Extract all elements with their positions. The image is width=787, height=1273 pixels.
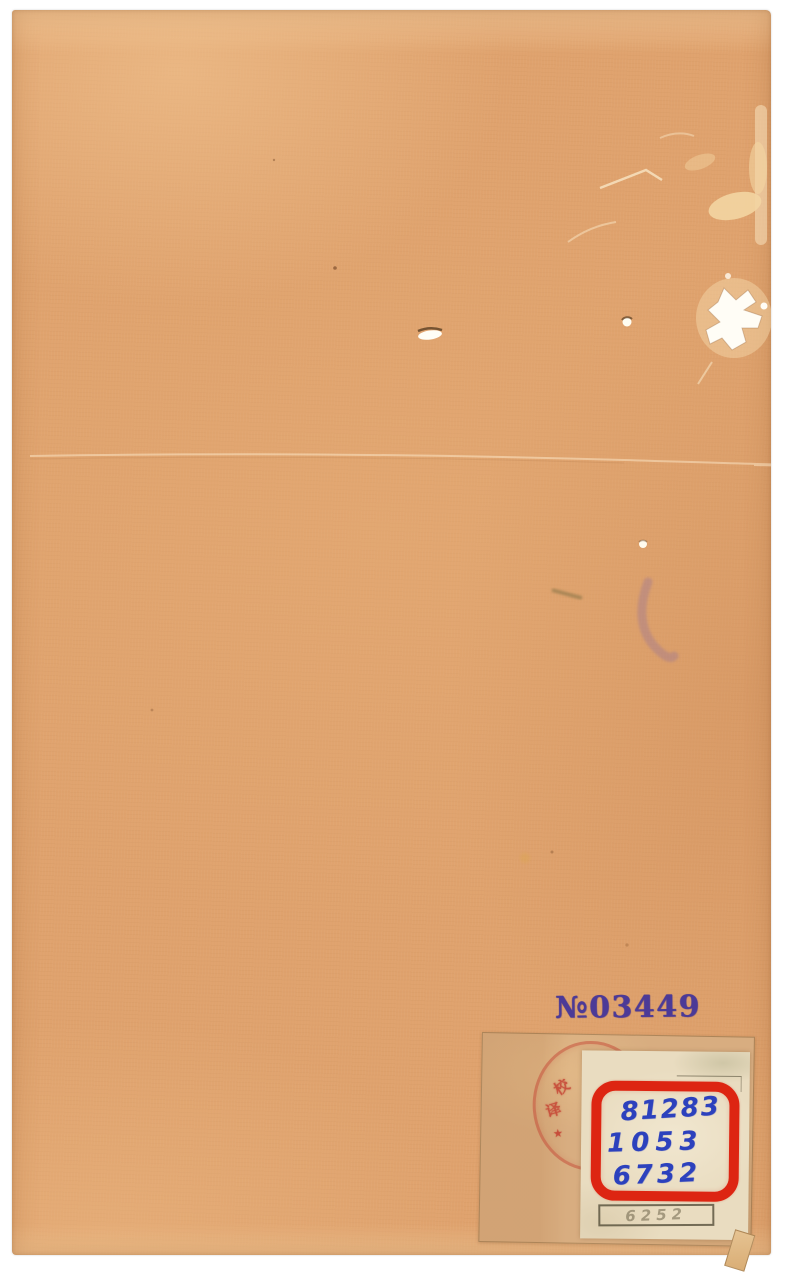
crease-line	[30, 454, 771, 466]
call-number-line: 6732	[612, 1157, 724, 1193]
faded-number: 6252	[625, 1205, 687, 1225]
seal-star-icon: ★	[552, 1127, 563, 1141]
speck	[151, 709, 154, 712]
peel-patch	[749, 142, 767, 194]
scanned-page: №03449 校 译 ★ 81283 1053 6732 6252	[0, 0, 787, 1273]
scratch-mark	[698, 362, 712, 384]
scratch-mark	[600, 170, 662, 188]
peel-patch	[683, 150, 718, 174]
paper-tear	[761, 303, 768, 310]
serial-number-stamp: №03449	[555, 990, 701, 1026]
paper-tear	[725, 273, 731, 279]
call-number-line: 81283	[620, 1091, 726, 1128]
scratch-mark	[568, 222, 616, 242]
scratch-mark	[660, 133, 694, 138]
ink-smudge	[642, 582, 674, 658]
speck	[625, 943, 628, 946]
stain	[520, 853, 530, 863]
book-cover-paper: №03449 校 译 ★ 81283 1053 6732 6252	[12, 10, 771, 1255]
call-number-line: 1053	[607, 1126, 725, 1160]
speck	[551, 851, 554, 854]
speck	[333, 266, 337, 270]
faded-number-box: 6252	[598, 1204, 714, 1226]
call-number-box: 81283 1053 6732	[590, 1080, 739, 1202]
catalog-label: 81283 1053 6732 6252	[580, 1050, 750, 1240]
seal-character: 校	[549, 1074, 573, 1100]
fiber-mark	[552, 590, 582, 598]
seal-character: 译	[543, 1098, 563, 1122]
speck	[273, 159, 275, 161]
pasted-patch: 校 译 ★ 81283 1053 6732 6252	[478, 1032, 755, 1247]
